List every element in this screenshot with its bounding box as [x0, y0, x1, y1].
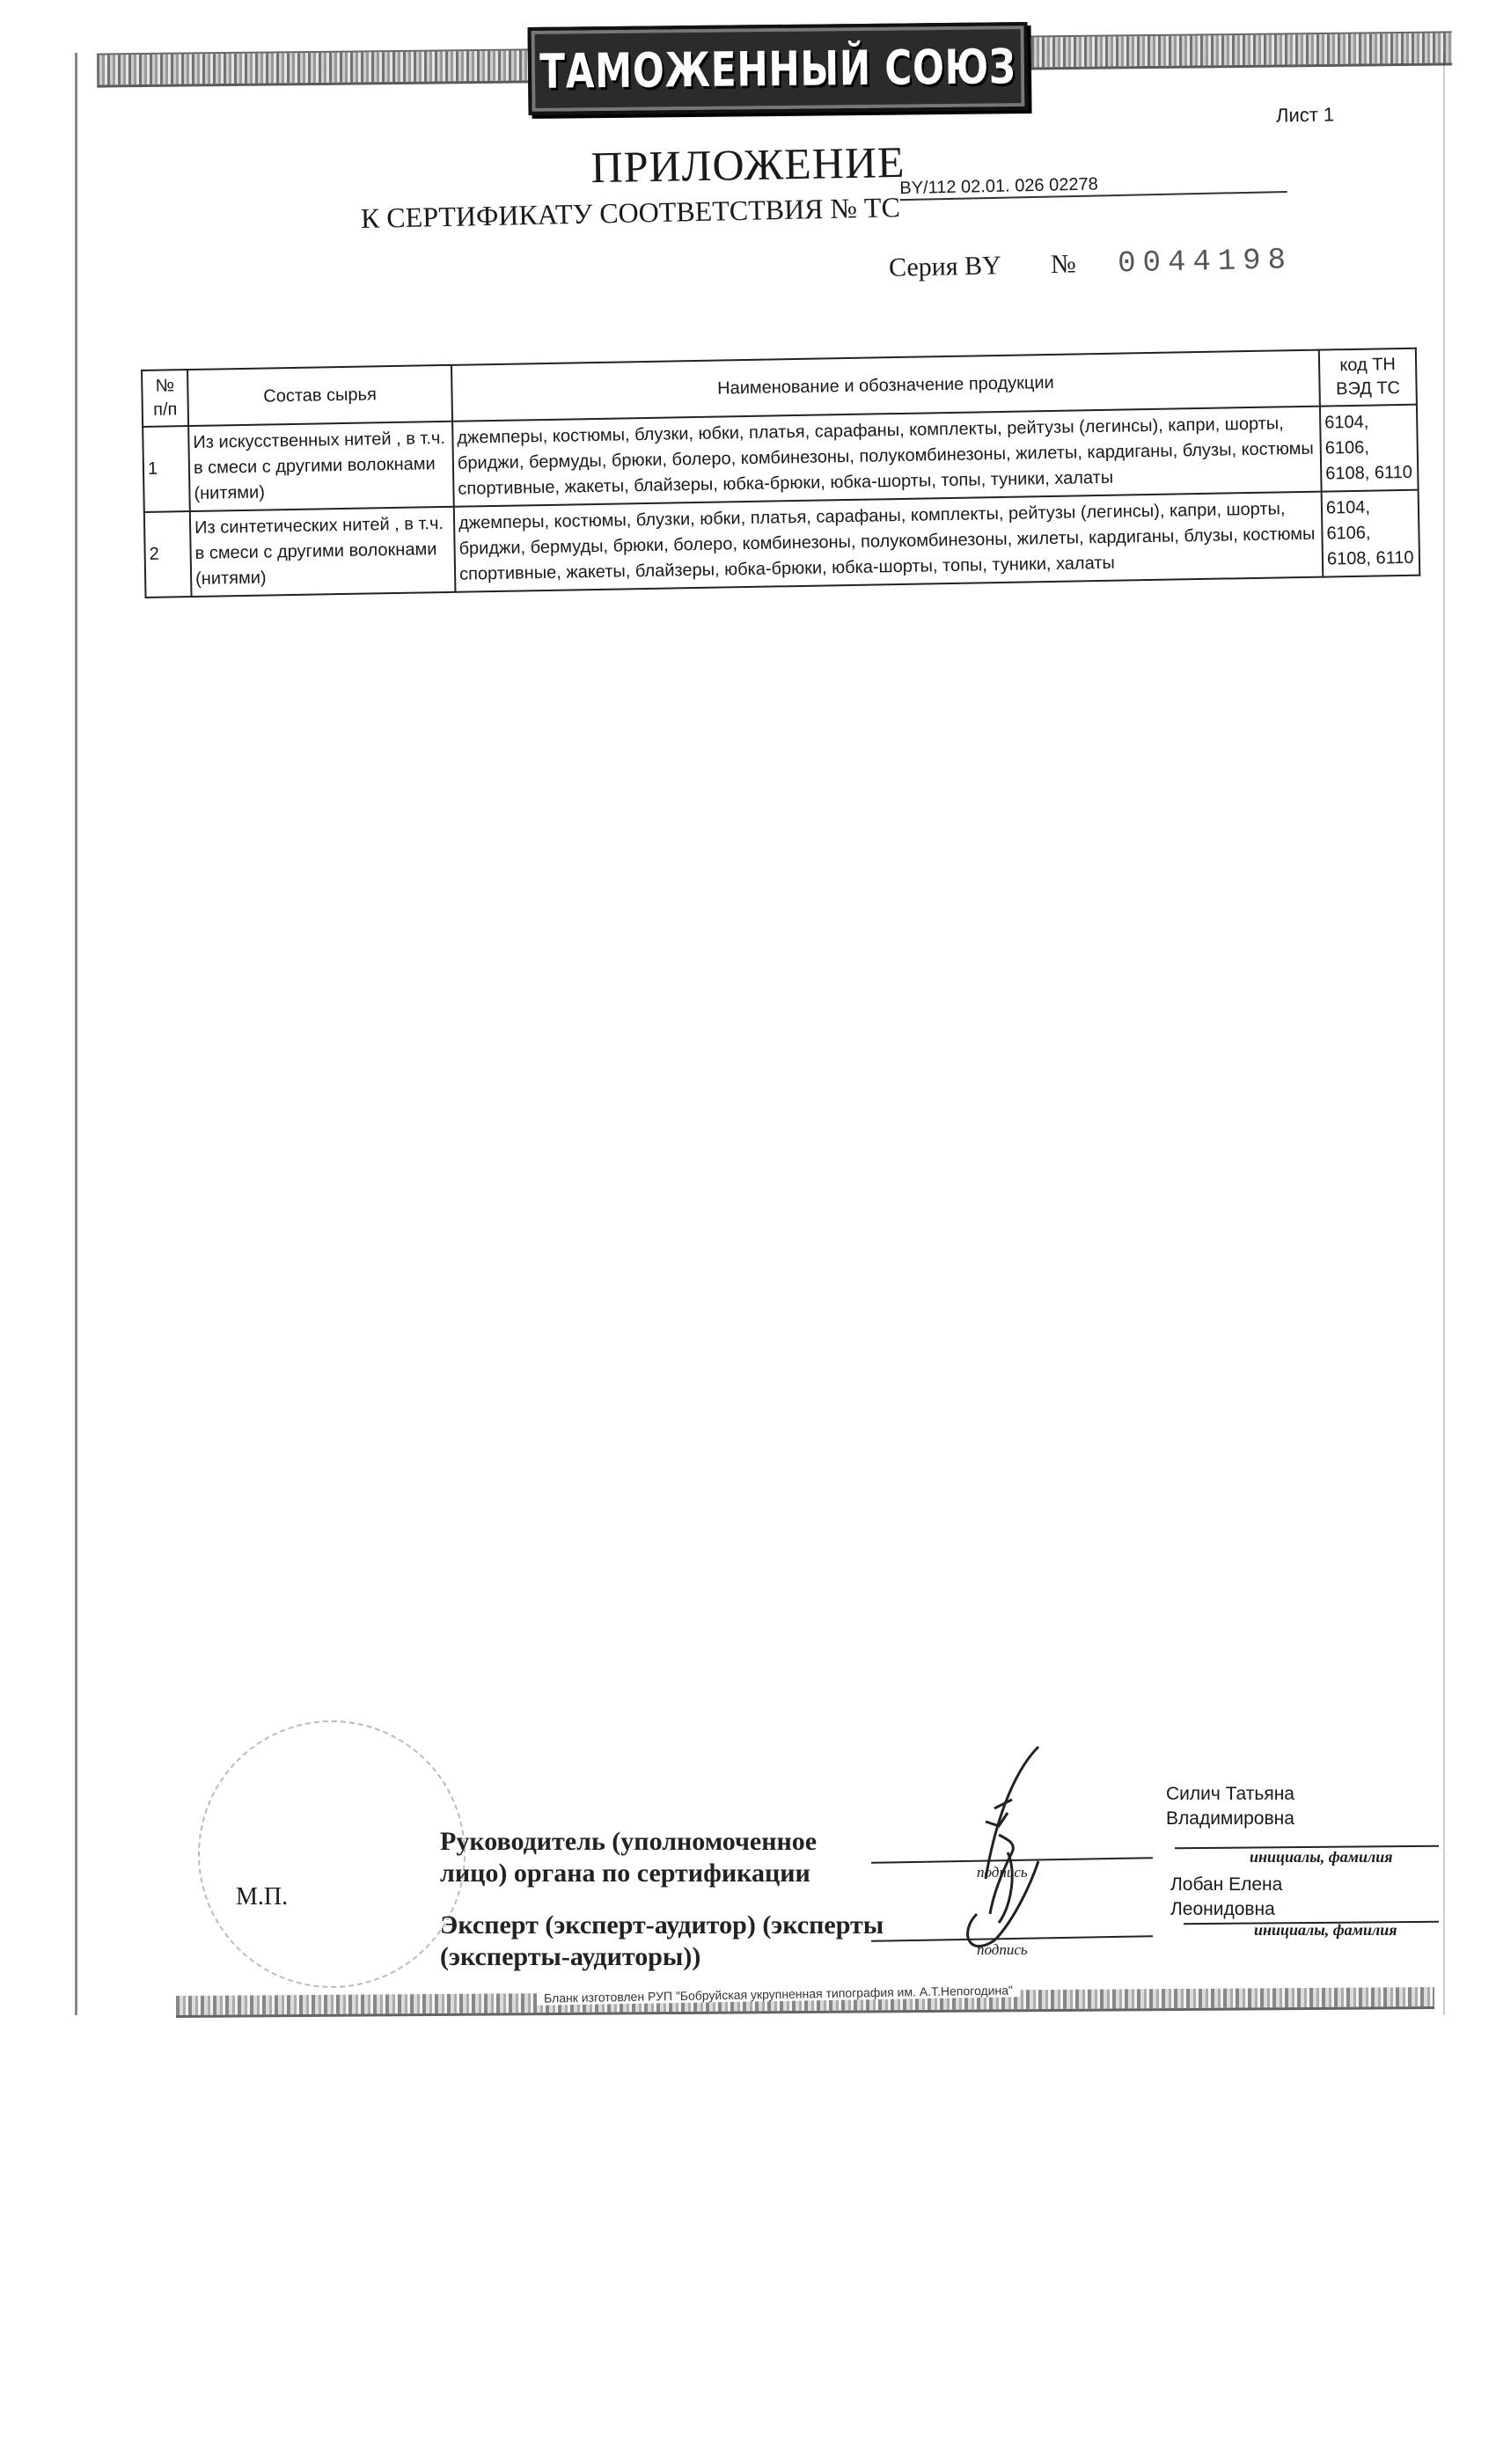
expert-role: Эксперт (эксперт-аудитор) (эксперты (экс… — [440, 1910, 898, 1973]
series-number: 0044198 — [1118, 244, 1294, 281]
certificate-no-label: № ТС — [830, 191, 900, 224]
header-ornament-right — [1021, 31, 1452, 70]
certificate-prefix: К СЕРТИФИКАТУ СООТВЕТСТВИЯ — [361, 193, 824, 234]
page-edge-right — [1443, 53, 1445, 2015]
series-label: Серия BY — [889, 251, 1001, 282]
row-no: 2 — [144, 511, 192, 598]
products-table: № п/п Состав сырья Наименование и обозна… — [141, 348, 1420, 598]
row-product: джемперы, костюмы, блузки, юбки, платья,… — [454, 492, 1324, 592]
customs-union-logo: ТАМОЖЕННЫЙ СОЮЗ — [527, 22, 1028, 115]
head-name-caption: инициалы, фамилия — [1250, 1848, 1393, 1866]
row-code: 6104, 6106, 6108, 6110 — [1320, 405, 1419, 492]
row-material: Из искусственных нитей , в т.ч. в смеси … — [188, 422, 454, 511]
head-name: Силич Татьяна Владимировна — [1166, 1782, 1368, 1831]
row-no: 1 — [143, 426, 190, 512]
series-line: Серия BY № 0044198 — [889, 244, 1294, 286]
stamp-label: М.П. — [236, 1883, 288, 1911]
header-material: Состав сырья — [187, 365, 452, 426]
page-edge-left — [75, 53, 77, 2015]
expert-name-caption: инициалы, фамилия — [1254, 1921, 1397, 1940]
header-no: № п/п — [142, 370, 188, 427]
series-no-sign: № — [1051, 249, 1076, 279]
handwritten-signature-icon — [959, 1738, 1100, 1967]
row-material: Из синтетических нитей , в т.ч. в смеси … — [190, 507, 456, 597]
head-role: Руководитель (уполномоченное лицо) орган… — [440, 1826, 862, 1889]
expert-name: Лобан Елена Леонидовна — [1170, 1873, 1346, 1922]
header-code: код ТН ВЭД ТС — [1319, 348, 1417, 407]
row-product: джемперы, костюмы, блузки, юбки, платья,… — [452, 407, 1322, 507]
header-ornament-left — [97, 48, 528, 87]
logo-text: ТАМОЖЕННЫЙ СОЮЗ — [539, 39, 1016, 99]
row-code: 6104, 6106, 6108, 6110 — [1322, 490, 1420, 577]
stamp-circle — [198, 1720, 466, 1988]
sheet-number: Лист 1 — [1276, 103, 1335, 127]
